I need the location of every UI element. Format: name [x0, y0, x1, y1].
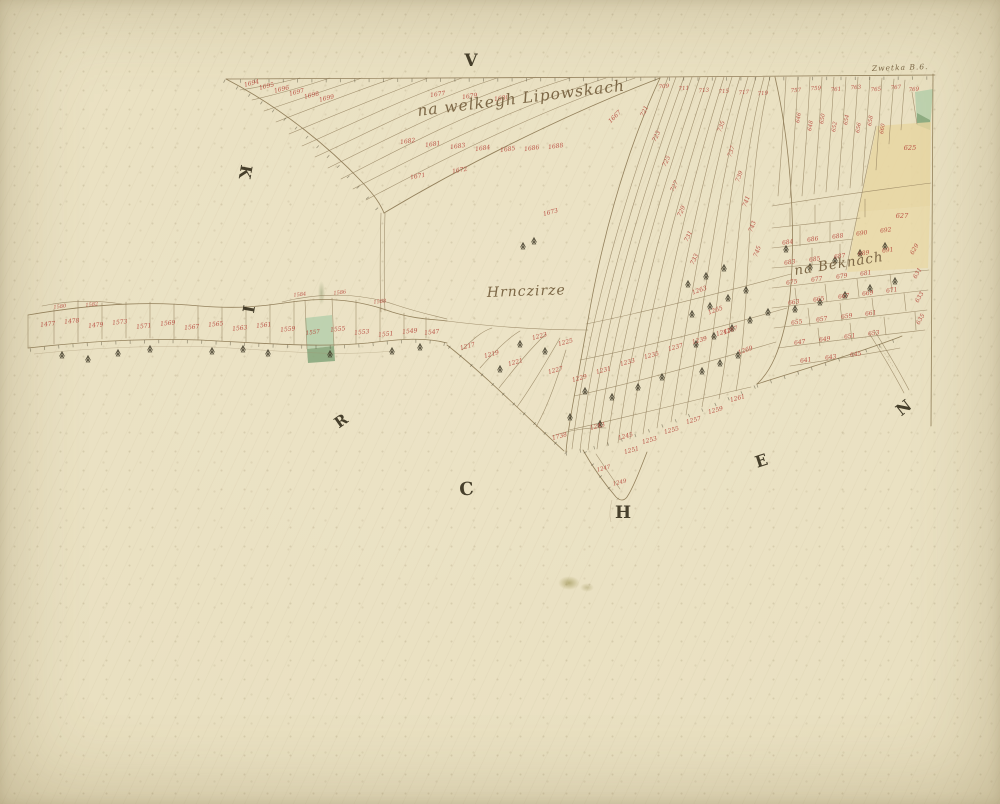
- tree-icon: [116, 350, 121, 357]
- parcel-number: 646: [795, 112, 803, 124]
- parcel-number: 635: [915, 312, 927, 326]
- parcel-number: 643: [825, 353, 837, 362]
- tree-icon: [241, 346, 246, 353]
- parcel-number: 1685: [500, 145, 516, 154]
- edge-letter-k: K: [235, 163, 256, 181]
- parcel-number: 1695: [258, 81, 275, 92]
- tree-icon: [518, 341, 523, 348]
- tree-icon: [610, 394, 615, 401]
- parcel-number: 759: [810, 86, 821, 93]
- parcel-number: 1229: [571, 373, 588, 384]
- parcel-number: 1573: [112, 318, 128, 327]
- parcel-number: 723: [651, 130, 662, 144]
- parcel-number: 641: [800, 356, 812, 365]
- sheet-reference-label: Zwetka B.6.: [871, 62, 929, 73]
- parcel-number: 1684: [475, 144, 491, 153]
- parcel-number: 1219: [483, 349, 500, 360]
- tree-icon: [532, 238, 537, 245]
- sheet-border-line: [931, 74, 933, 426]
- parcel-number: 1267: [722, 325, 739, 337]
- field-parcel-tan-upper: [858, 122, 931, 212]
- road-southeast: [869, 330, 909, 393]
- parcel-number: 1217: [459, 341, 476, 352]
- parcel-number: 725: [661, 155, 672, 169]
- parcel-number: 717: [738, 90, 749, 97]
- tree-icon: [722, 265, 727, 272]
- parcel-number: 757: [790, 88, 801, 95]
- tree-icon: [498, 366, 503, 373]
- parcel-number: 1681: [425, 140, 441, 149]
- parcel-number: 645: [850, 350, 862, 359]
- parcel-number: 1263: [691, 285, 708, 297]
- tree-icon: [60, 352, 65, 359]
- parcel-number: 1683: [450, 142, 466, 151]
- parcel-number: 1249: [612, 478, 628, 488]
- parcel-number: 769: [908, 87, 919, 94]
- parcel-number: 711: [678, 86, 689, 93]
- tree-icon: [726, 295, 731, 302]
- parcel-number: 1227: [547, 365, 564, 376]
- parcel-number: 765: [870, 87, 881, 94]
- parcel-number: 658: [867, 115, 875, 127]
- cadastral-map-canvas: 1694169516961697169816991677167916801682…: [0, 0, 1000, 804]
- parcel-number: 1255: [663, 425, 680, 436]
- tree-icon: [700, 368, 705, 375]
- parcel-number: 1571: [136, 322, 152, 331]
- parcel-number: 1738: [551, 431, 568, 442]
- parcel-number: 625: [904, 144, 916, 152]
- parcel-number: 1233: [619, 357, 636, 368]
- settlement-label: Hrnczirze: [486, 282, 566, 301]
- parcel-number: 709: [658, 84, 669, 91]
- tree-icon: [718, 360, 723, 367]
- tree-icon: [568, 414, 573, 421]
- tree-icon: [86, 356, 91, 363]
- parcel-number: 650: [819, 113, 827, 125]
- parcel-number: 1547: [424, 328, 440, 337]
- parcel-number: 1686: [524, 144, 540, 153]
- parcel-number: 665: [813, 295, 825, 304]
- parcel-number: 1253: [641, 435, 658, 446]
- parcel-number: 719: [757, 91, 768, 98]
- parcel-number: 1477: [40, 320, 56, 329]
- tree-icon: [390, 348, 395, 355]
- parcel-number: 1237: [667, 342, 684, 353]
- edge-letter-r: R: [331, 410, 352, 432]
- parcel-number: 1245: [617, 431, 634, 442]
- north-boundary-line: [226, 75, 935, 79]
- parcel-number: 1553: [354, 328, 370, 337]
- tree-icon: [636, 384, 641, 391]
- parcel-number: 1696: [273, 84, 290, 95]
- map-sheet: 1694169516961697169816991677167916801682…: [0, 0, 1000, 804]
- tree-icon: [418, 344, 423, 351]
- parcel-number: 1563: [232, 324, 248, 333]
- parcel-number: 1478: [64, 317, 80, 326]
- tree-icon: [686, 281, 691, 288]
- boundary-linework: [28, 74, 935, 522]
- parcel-number: 686: [807, 235, 819, 244]
- parcel-number: 1549: [402, 327, 418, 336]
- parcel-number: 652: [831, 121, 839, 133]
- parcel-number: 1247: [596, 464, 612, 474]
- tree-icon: [521, 243, 526, 250]
- parcel-number: 661: [865, 309, 877, 318]
- tree-symbols: [60, 238, 898, 428]
- parcel-number: 739: [734, 170, 745, 183]
- field-strips-central-fan: [566, 77, 792, 452]
- parcel-number: 656: [855, 122, 863, 134]
- parcel-number: 649: [819, 335, 831, 344]
- parcel-number: 1697: [288, 87, 305, 98]
- parcel-number: 1559: [280, 325, 296, 334]
- parcel-number: 627: [896, 212, 909, 220]
- parcel-number: 1221: [507, 357, 524, 368]
- parcel-number: 1567: [184, 323, 200, 332]
- parcel-number: 654: [843, 114, 851, 126]
- parcel-number: 767: [890, 85, 901, 92]
- edge-letter-c: C: [458, 478, 474, 500]
- edge-letter-n: N: [892, 396, 915, 420]
- parcel-numbers: 1694169516961697169816991677167916801682…: [40, 78, 927, 487]
- parcel-number: 633: [914, 290, 926, 304]
- tree-icon: [893, 278, 898, 285]
- parcel-number: 1682: [400, 137, 416, 146]
- tree-icon: [583, 388, 588, 395]
- parcel-number: 721: [639, 105, 650, 118]
- parcel-number: 1688: [548, 142, 564, 151]
- parcel-number: 659: [841, 312, 853, 321]
- parcel-number: 648: [807, 120, 815, 132]
- edge-letter-v: V: [463, 51, 478, 71]
- parcel-number: 761: [830, 87, 841, 94]
- parcel-number: 657: [816, 315, 828, 324]
- parcel-number: 1551: [378, 330, 394, 339]
- parcel-number: 1479: [88, 321, 104, 330]
- parcel-number: 1235: [643, 350, 660, 361]
- tree-icon: [744, 287, 749, 294]
- parcel-number: 1239: [691, 335, 708, 346]
- parcel-number: 1672: [452, 166, 468, 176]
- parcel-number: 1673: [542, 207, 559, 218]
- tree-icon: [210, 348, 215, 355]
- parcel-number: 1561: [256, 321, 272, 330]
- parcel-number: 1671: [410, 172, 426, 182]
- parcel-number: 1569: [160, 319, 176, 328]
- parcel-number: 1261: [729, 393, 746, 404]
- parcel-number: 745: [752, 245, 763, 258]
- parcel-number: 1555: [330, 325, 346, 334]
- tree-icon: [266, 350, 271, 357]
- parcel-number: 688: [832, 232, 844, 241]
- tree-icon: [543, 348, 548, 355]
- parcel-number: 763: [850, 85, 861, 92]
- parcel-number: 1582: [85, 301, 98, 308]
- parcel-number: 1231: [595, 365, 612, 376]
- parcel-number: 737: [726, 145, 737, 158]
- edge-letter-h: H: [615, 503, 631, 523]
- edge-letter-i: I: [238, 304, 258, 315]
- tree-icon: [690, 311, 695, 318]
- parcel-number: 647: [794, 338, 806, 347]
- parcel-number: 655: [791, 318, 803, 327]
- parcel-number: 651: [844, 332, 856, 341]
- parcel-number: 1257: [685, 415, 702, 426]
- tree-icon: [766, 309, 771, 316]
- parcel-number: 743: [747, 220, 758, 233]
- parcel-number: 727: [669, 180, 680, 194]
- parcel-number: 1565: [208, 320, 224, 329]
- parcel-number: 1269: [737, 345, 754, 357]
- parcel-number: 1259: [707, 405, 724, 416]
- edge-letter-e: E: [753, 450, 770, 472]
- tree-icon: [793, 306, 798, 313]
- parcel-number: 1698: [303, 90, 320, 101]
- parcel-number: 713: [698, 88, 709, 95]
- parcel-number: 1667: [607, 109, 623, 125]
- parcel-number: 663: [788, 298, 800, 307]
- parcel-number: 715: [718, 89, 729, 96]
- parcel-number: 1251: [623, 445, 640, 456]
